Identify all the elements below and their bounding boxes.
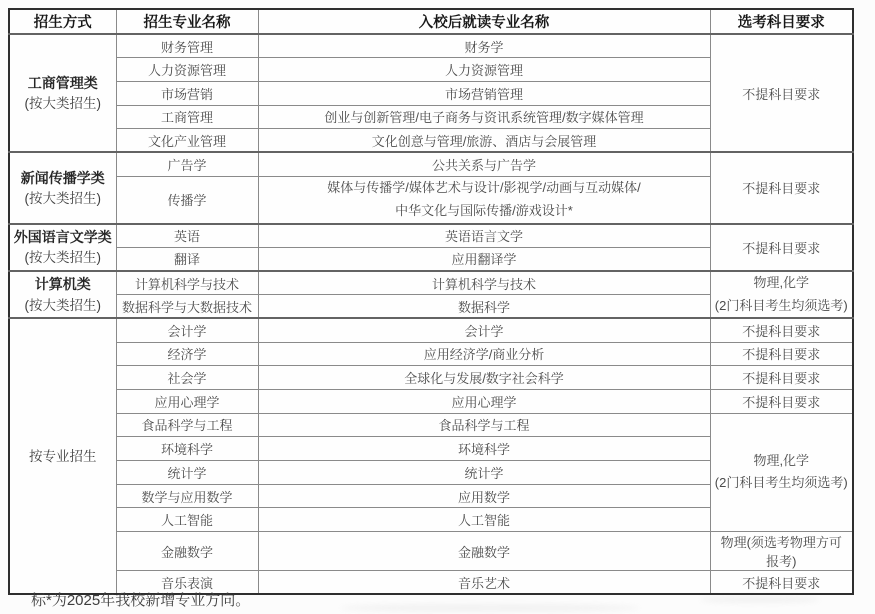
major-cell: 应用心理学 [116,389,258,413]
study-cell: 英语语言文学 [258,224,710,248]
table-row: 金融数学 金融数学 物理(须选考物理方可报考) [9,532,853,571]
header-study: 入校后就读专业名称 [258,9,710,34]
major-cell: 统计学 [116,461,258,485]
major-cell: 数学与应用数学 [116,484,258,508]
header-row: 招生方式 招生专业名称 入校后就读专业名称 选考科目要求 [9,9,853,34]
study-cell: 计算机科学与技术 [258,271,710,295]
major-cell: 传播学 [116,176,258,223]
requirement-cell: 不提科目要求 [710,342,853,366]
study-cell: 人力资源管理 [258,58,710,82]
requirement-cell: 不提科目要求 [710,571,853,595]
requirement-cell: 不提科目要求 [710,152,853,223]
major-cell: 文化产业管理 [116,129,258,153]
study-cell: 应用心理学 [258,389,710,413]
study-cell: 食品科学与工程 [258,413,710,437]
study-cell: 会计学 [258,318,710,342]
header-requirement: 选考科目要求 [710,9,853,34]
table-row: 经济学 应用经济学/商业分析 不提科目要求 [9,342,853,366]
group-method-foreign-language: 外国语言文学类 (按大类招生) [9,224,116,271]
group-method-journalism: 新闻传播学类 (按大类招生) [9,152,116,223]
table-row: 按专业招生 会计学 会计学 不提科目要求 [9,318,853,342]
requirement-cell: 物理(须选考物理方可报考) [710,532,853,571]
study-cell: 人工智能 [258,508,710,532]
study-cell: 应用经济学/商业分析 [258,342,710,366]
major-cell: 市场营销 [116,81,258,105]
study-cell: 数据科学 [258,295,710,319]
study-cell: 音乐艺术 [258,571,710,595]
major-cell: 财务管理 [116,34,258,58]
requirement-cell: 不提科目要求 [710,34,853,152]
major-cell: 计算机科学与技术 [116,271,258,295]
major-cell: 环境科学 [116,437,258,461]
major-cell: 翻译 [116,247,258,271]
group-note: (按大类招生) [12,189,114,209]
group-note: (按大类招生) [12,248,114,268]
table-row: 食品科学与工程 食品科学与工程 物理,化学 (2门科目考生均须选考) [9,413,853,437]
footnote: 标*为2025年我校新增专业方向。 [31,589,250,610]
major-cell: 数据科学与大数据技术 [116,295,258,319]
table-row: 外国语言文学类 (按大类招生) 英语 英语语言文学 不提科目要求 [9,224,853,248]
major-cell: 人工智能 [116,508,258,532]
major-cell: 工商管理 [116,105,258,129]
study-cell: 财务学 [258,34,710,58]
requirement-cell: 物理,化学 (2门科目考生均须选考) [710,271,853,319]
requirement-cell: 不提科目要求 [710,318,853,342]
group-method-computer: 计算机类 (按大类招生) [9,271,116,319]
photo-artifact [340,604,640,612]
study-cell: 金融数学 [258,532,710,571]
group-method-by-major: 按专业招生 [9,318,116,594]
group-name: 外国语言文学类 [12,226,114,248]
table-row: 社会学 全球化与发展/数字社会科学 不提科目要求 [9,366,853,390]
requirement-cell: 物理,化学 (2门科目考生均须选考) [710,413,853,531]
study-cell: 市场营销管理 [258,81,710,105]
study-cell: 环境科学 [258,437,710,461]
requirement-cell: 不提科目要求 [710,224,853,271]
header-method: 招生方式 [9,9,116,34]
page: 招生方式 招生专业名称 入校后就读专业名称 选考科目要求 工商管理类 (按大类招… [0,0,875,614]
study-cell: 媒体与传播学/媒体艺术与设计/影视学/动画与互动媒体/ 中华文化与国际传播/游戏… [258,176,710,223]
major-cell: 会计学 [116,318,258,342]
group-name: 新闻传播学类 [12,167,114,189]
table-row: 计算机类 (按大类招生) 计算机科学与技术 计算机科学与技术 物理,化学 (2门… [9,271,853,295]
major-cell: 人力资源管理 [116,58,258,82]
table-row: 应用心理学 应用心理学 不提科目要求 [9,389,853,413]
group-name: 工商管理类 [12,72,114,94]
requirement-cell: 不提科目要求 [710,389,853,413]
admissions-table: 招生方式 招生专业名称 入校后就读专业名称 选考科目要求 工商管理类 (按大类招… [8,8,854,595]
study-cell: 公共关系与广告学 [258,152,710,176]
photo-artifact [700,596,820,603]
group-name: 计算机类 [12,273,114,295]
table-row: 工商管理类 (按大类招生) 财务管理 财务学 不提科目要求 [9,34,853,58]
study-cell: 统计学 [258,461,710,485]
study-cell: 全球化与发展/数字社会科学 [258,366,710,390]
major-cell: 食品科学与工程 [116,413,258,437]
group-note: (按大类招生) [12,296,114,316]
study-cell: 应用数学 [258,484,710,508]
group-method-business: 工商管理类 (按大类招生) [9,34,116,152]
major-cell: 经济学 [116,342,258,366]
major-cell: 英语 [116,224,258,248]
study-cell: 应用翻译学 [258,247,710,271]
table-row: 新闻传播学类 (按大类招生) 广告学 公共关系与广告学 不提科目要求 [9,152,853,176]
study-cell: 创业与创新管理/电子商务与资讯系统管理/数字媒体管理 [258,105,710,129]
header-major: 招生专业名称 [116,9,258,34]
group-name: 按专业招生 [12,446,114,468]
major-cell: 广告学 [116,152,258,176]
major-cell: 金融数学 [116,532,258,571]
requirement-cell: 不提科目要求 [710,366,853,390]
study-cell: 文化创意与管理/旅游、酒店与会展管理 [258,129,710,153]
major-cell: 社会学 [116,366,258,390]
group-note: (按大类招生) [12,94,114,114]
